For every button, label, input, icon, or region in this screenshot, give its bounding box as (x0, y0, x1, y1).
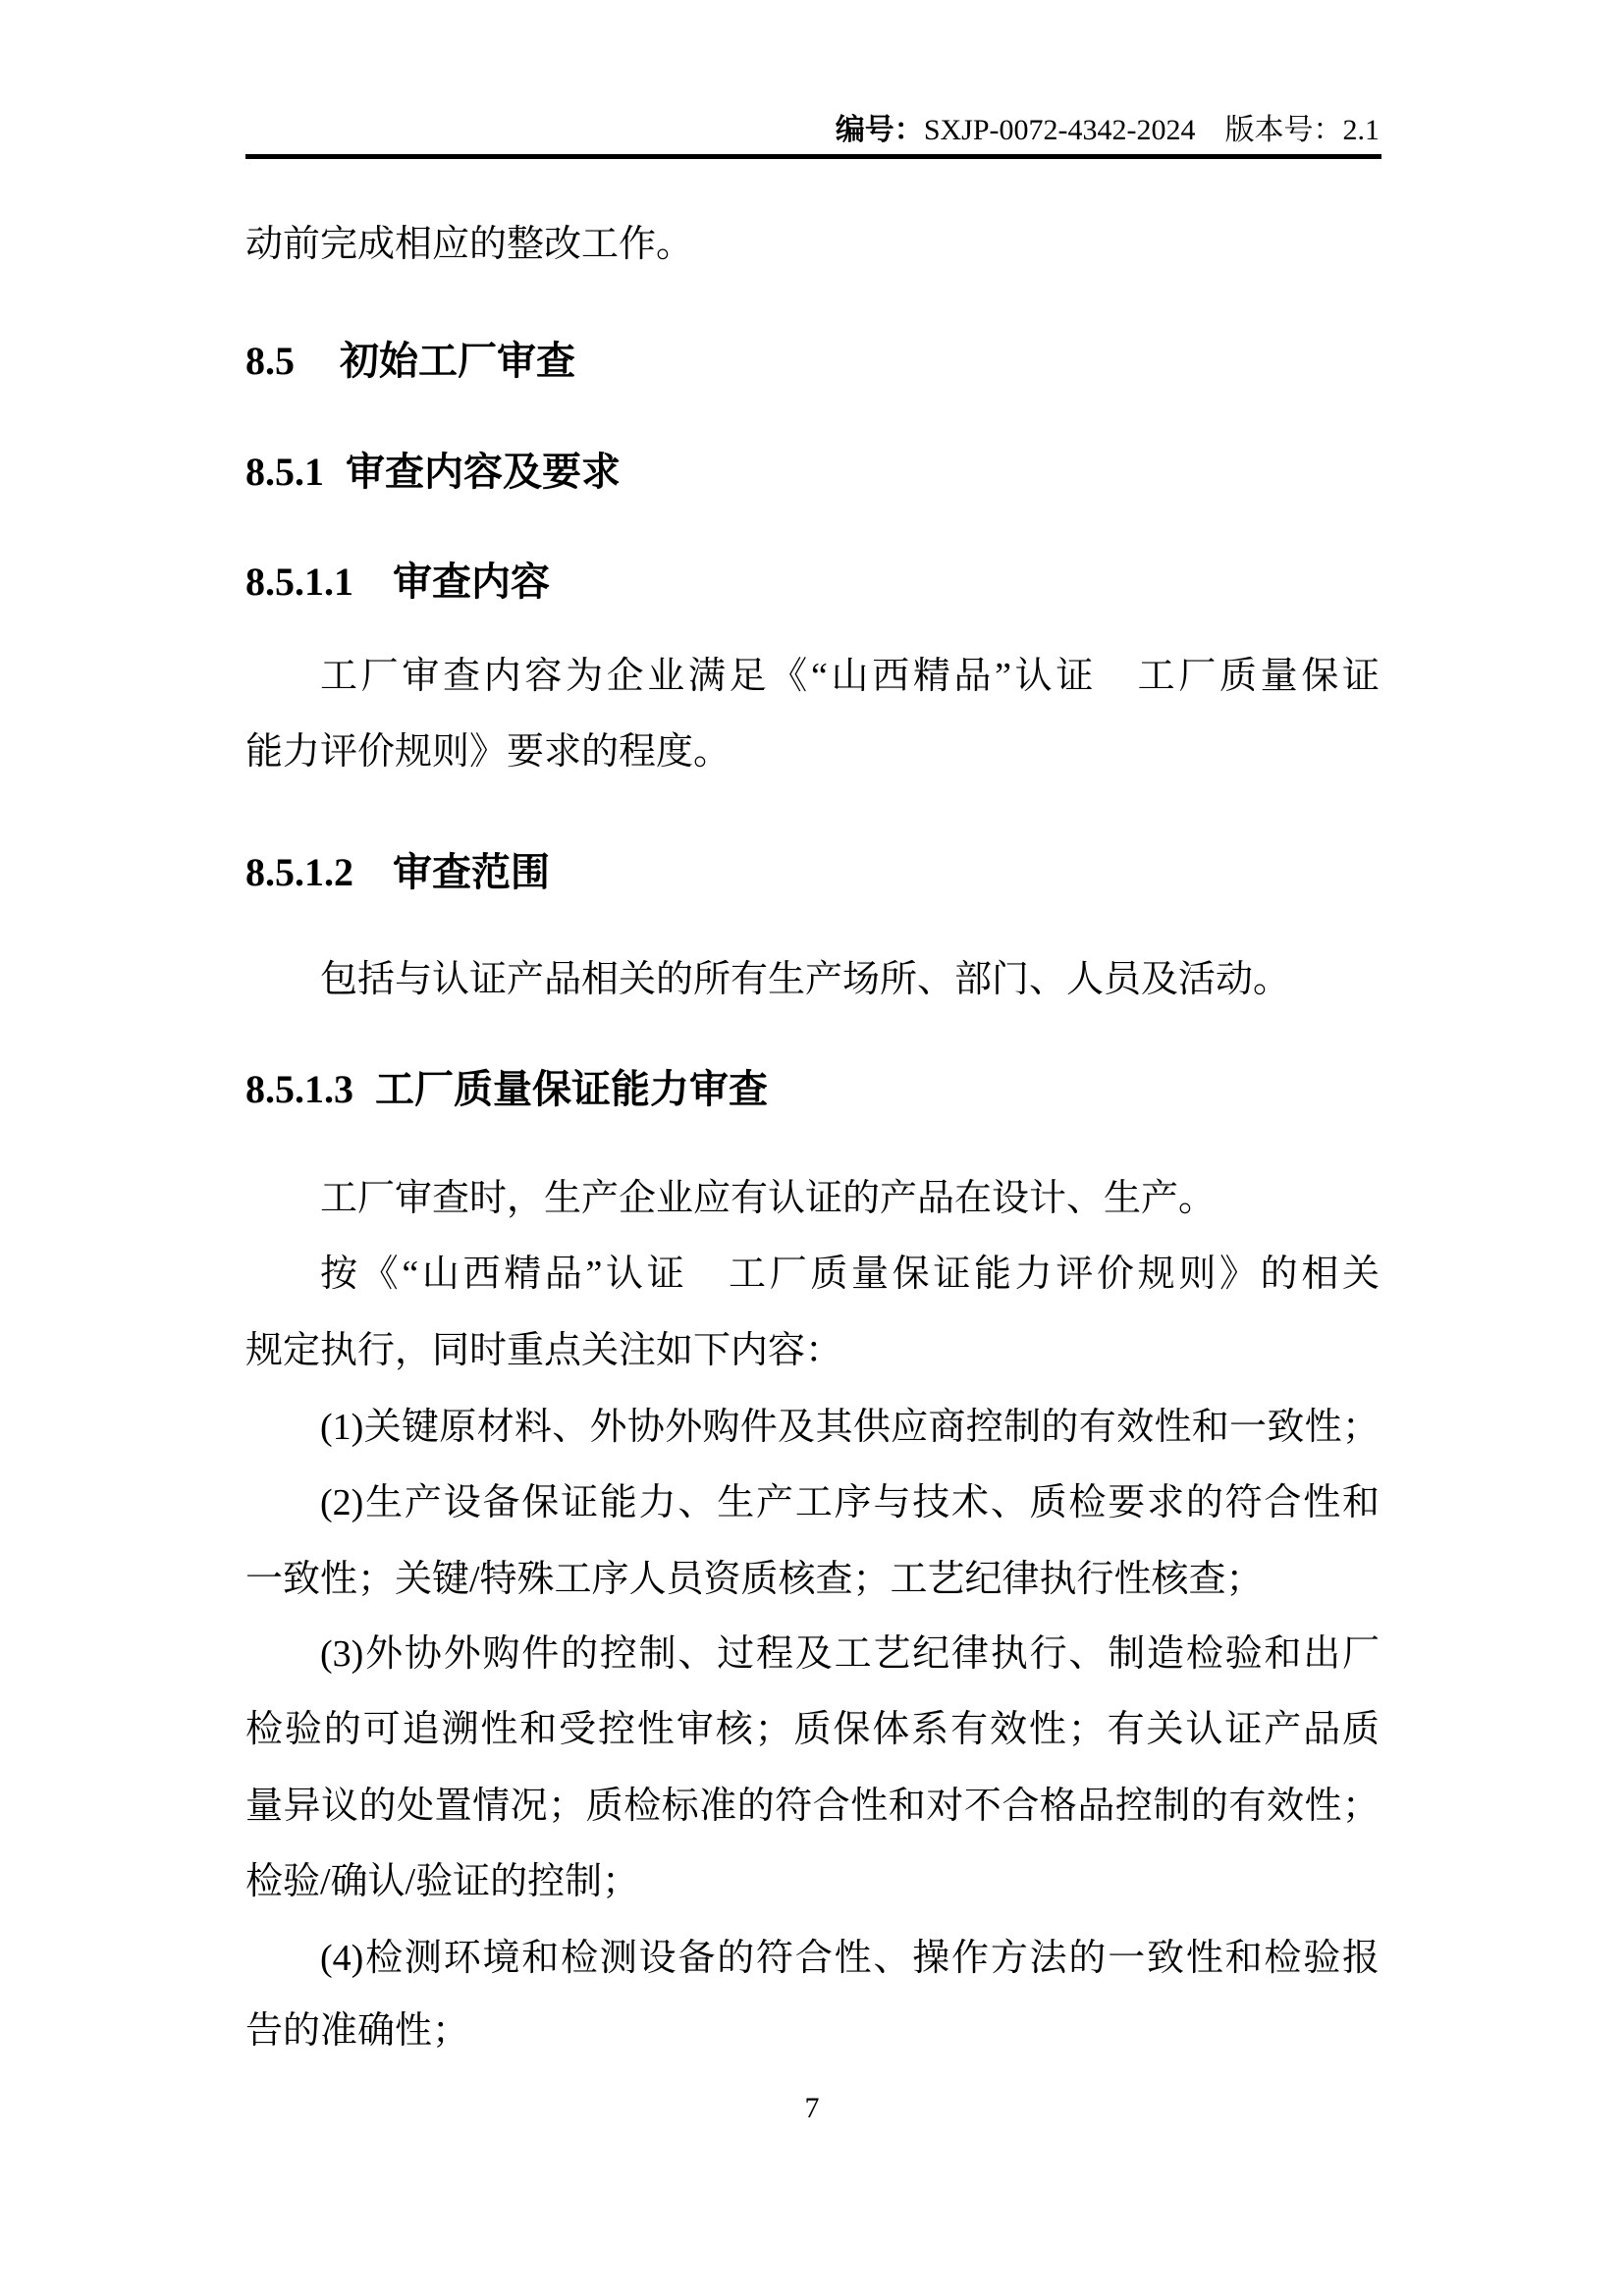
list-item-line: 量异议的处置情况；质检标准的符合性和对不合格品控制的有效性； (245, 1782, 1380, 1835)
list-item-line: 告的准确性； (245, 2006, 1380, 2059)
paragraph-line: 包括与认证产品相关的所有生产场所、部门、人员及活动。 (245, 955, 1380, 1008)
paragraph-line: 按《“山西精品”认证 工厂质量保证能力评价规则》的相关 (245, 1250, 1380, 1303)
heading-number: 8.5.1.1 (245, 560, 353, 604)
list-item-line: (1)关键原材料、外协外购件及其供应商控制的有效性和一致性； (245, 1403, 1380, 1456)
paragraph-line: 规定执行，同时重点关注如下内容： (245, 1326, 1380, 1379)
paragraph-line: 能力评价规则》要求的程度。 (245, 727, 1380, 780)
heading-number: 8.5.1 (245, 450, 324, 494)
heading-title: 工厂质量保证能力审查 (375, 1067, 768, 1111)
heading-title: 审查范围 (393, 850, 550, 894)
heading-title: 审查内容及要求 (346, 450, 621, 494)
version-label: 版本号： (1225, 114, 1343, 146)
list-item-line: (2)生产设备保证能力、生产工序与技术、质检要求的符合性和 (245, 1478, 1380, 1531)
doc-number-label: 编号： (836, 114, 924, 146)
paragraph-line: 动前完成相应的整改工作。 (245, 220, 1380, 273)
list-item-line: (3)外协外购件的控制、过程及工艺纪律执行、制造检验和出厂 (245, 1629, 1380, 1682)
list-item-line: 一致性；关键/特殊工序人员资质核查；工艺纪律执行性核查； (245, 1555, 1380, 1608)
version-value: 2.1 (1343, 114, 1380, 146)
list-item-line: 检验/确认/验证的控制； (245, 1857, 1380, 1910)
section-heading-8-5-1-2: 8.5.1.2审查范围 (245, 847, 1380, 902)
heading-number: 8.5 (245, 339, 295, 383)
doc-number-value: SXJP-0072-4342-2024 (924, 114, 1196, 146)
list-item-line: 检验的可追溯性和受控性审核；质保体系有效性；有关认证产品质 (245, 1705, 1380, 1758)
list-item-line: (4)检测环境和检测设备的符合性、操作方法的一致性和检验报 (245, 1934, 1380, 1987)
paragraph-line: 工厂审查时，生产企业应有认证的产品在设计、生产。 (245, 1174, 1380, 1227)
page-number: 7 (0, 2089, 1624, 2128)
heading-number: 8.5.1.3 (245, 1067, 353, 1111)
heading-title: 初始工厂审查 (340, 339, 575, 383)
header-rule (245, 154, 1381, 159)
page-header: 编号：SXJP-0072-4342-2024版本号：2.1 (245, 112, 1380, 149)
section-heading-8-5-1-1: 8.5.1.1审查内容 (245, 557, 1380, 612)
heading-number: 8.5.1.2 (245, 850, 353, 894)
section-heading-8-5-1: 8.5.1审查内容及要求 (245, 447, 1380, 502)
heading-title: 审查内容 (393, 560, 550, 604)
paragraph-line: 工厂审查内容为企业满足《“山西精品”认证 工厂质量保证 (245, 652, 1380, 705)
section-heading-8-5: 8.5初始工厂审查 (245, 336, 1380, 391)
section-heading-8-5-1-3: 8.5.1.3工厂质量保证能力审查 (245, 1064, 1380, 1119)
document-page: 编号：SXJP-0072-4342-2024版本号：2.1 动前完成相应的整改工… (0, 0, 1624, 2296)
